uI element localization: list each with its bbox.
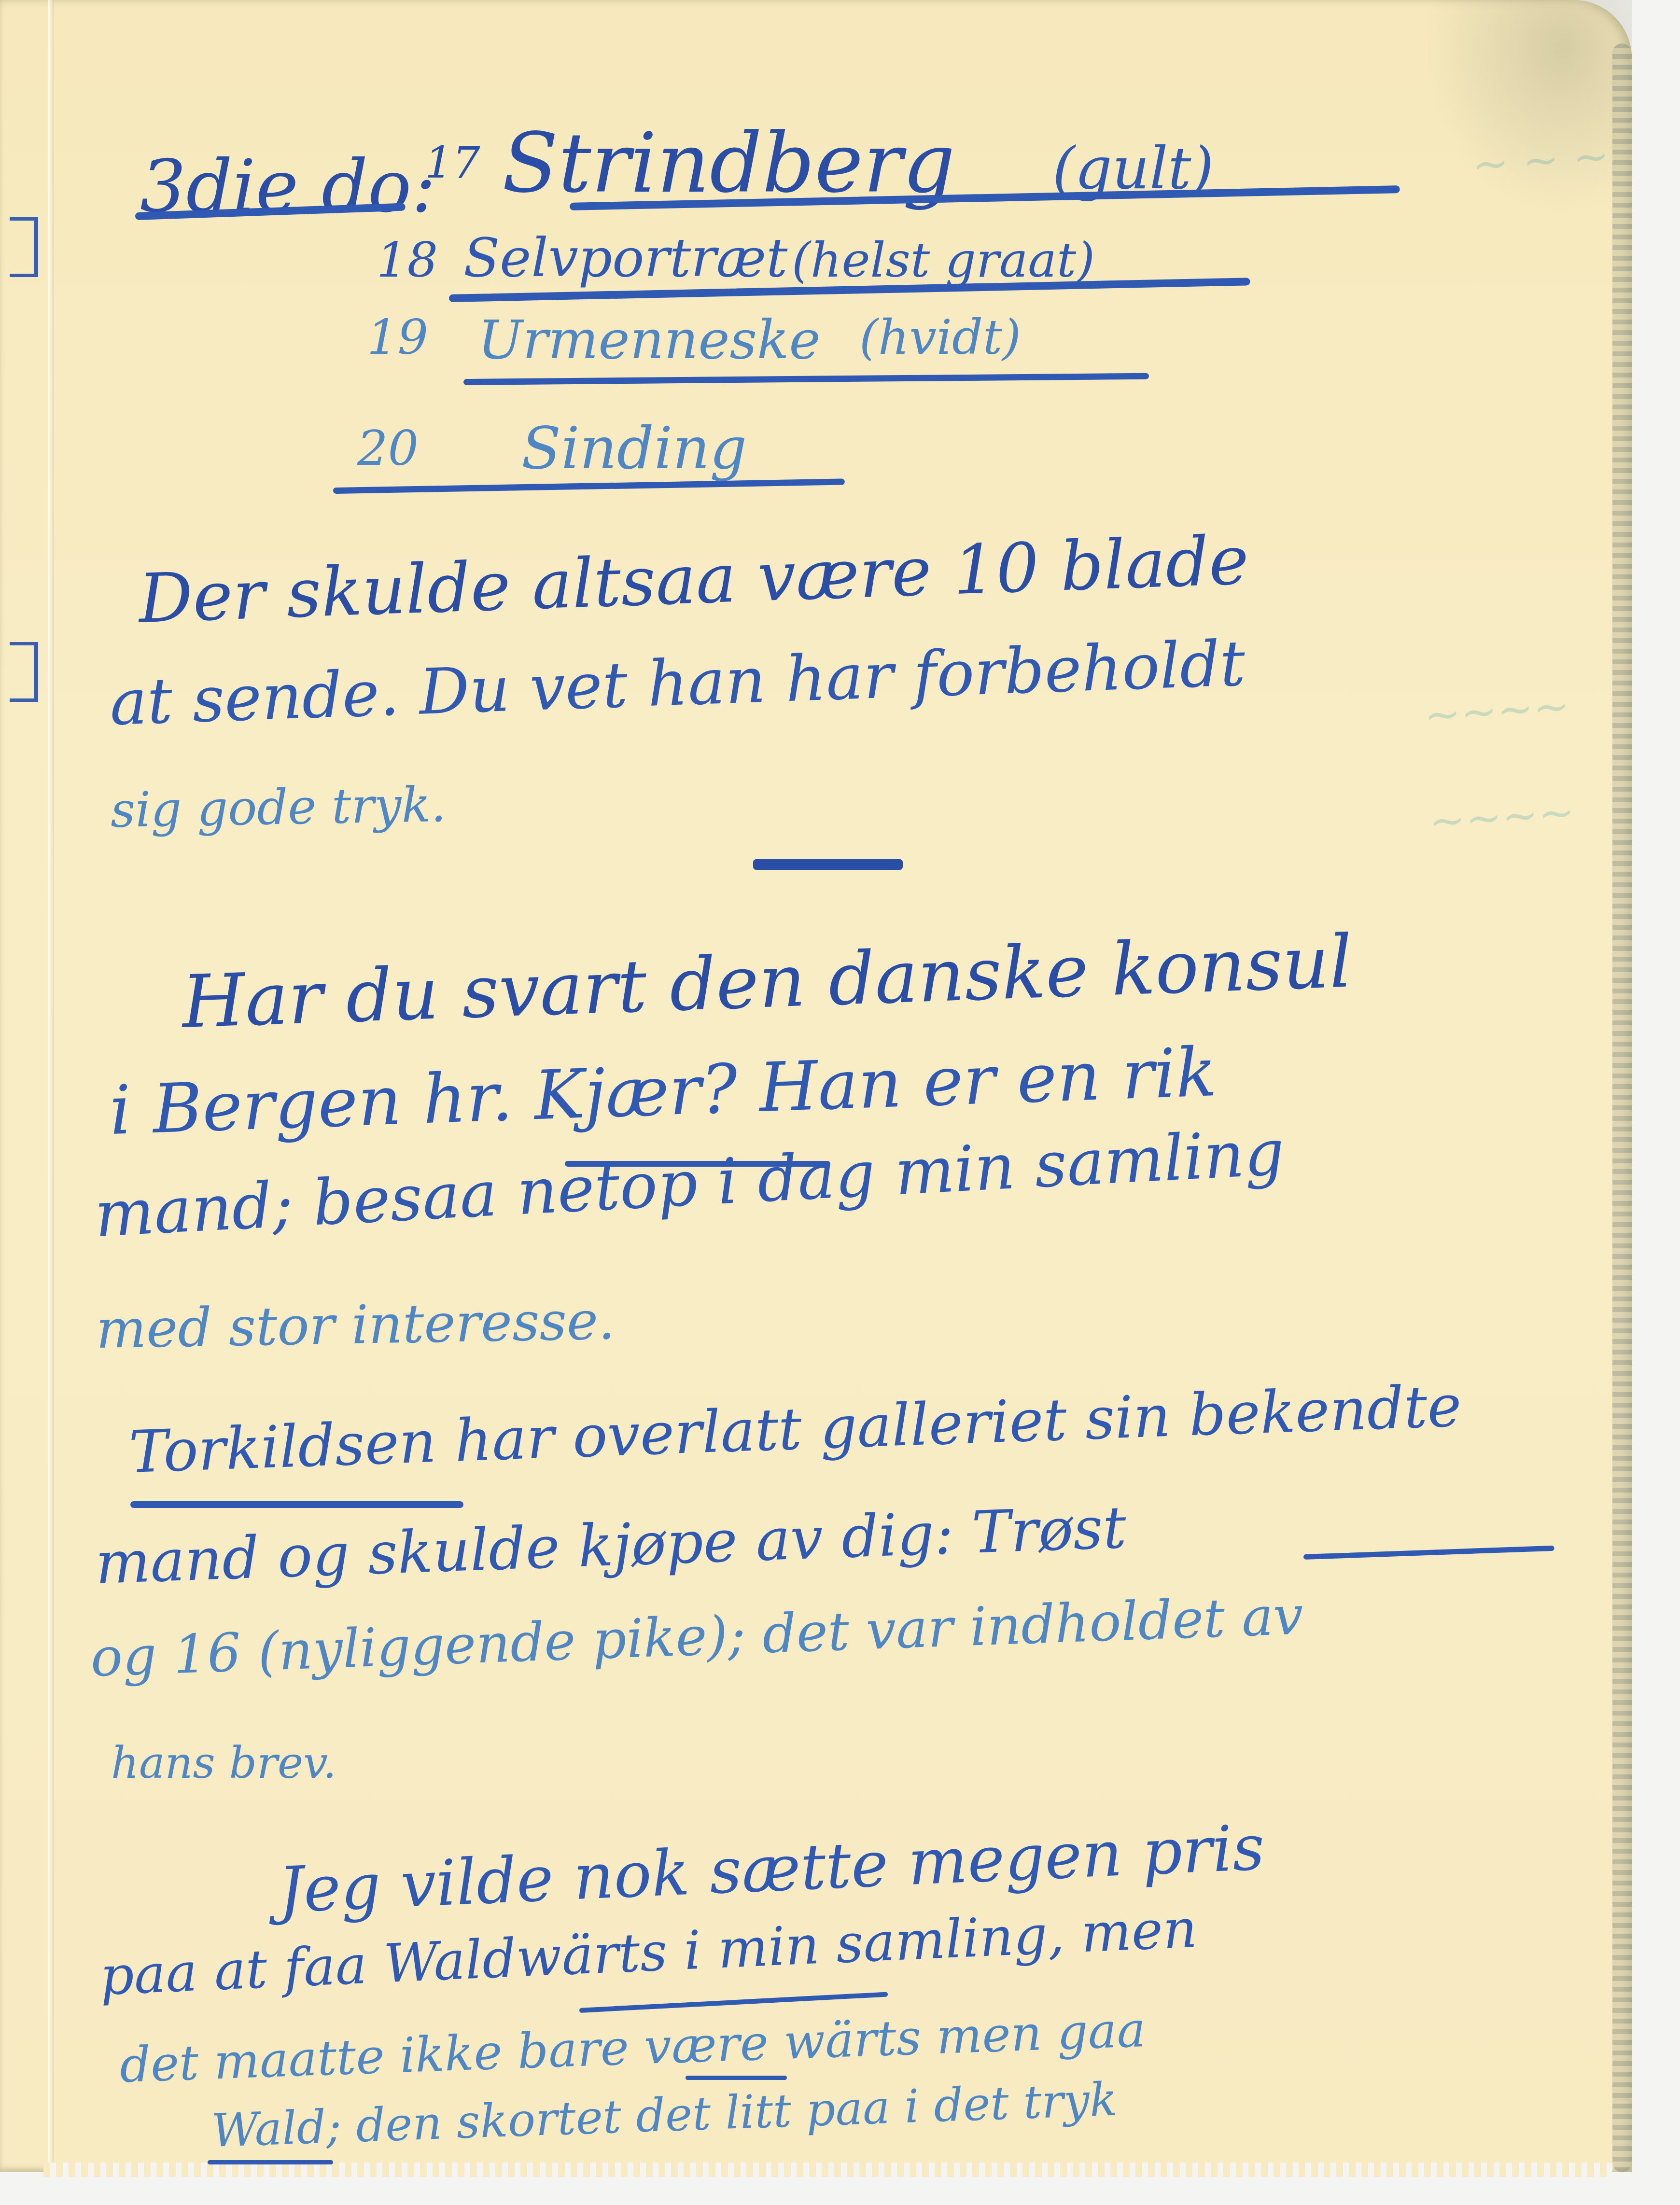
- list-item-title: Selvportræt: [463, 227, 787, 289]
- list-item-note: (helst graat): [792, 232, 1095, 288]
- list-item-number: 20: [357, 420, 419, 476]
- facing-page-bracket: [10, 642, 38, 702]
- page-fold: [48, 0, 54, 2172]
- paragraph-line: med stor interesse.: [96, 1289, 616, 1360]
- list-item-number: 17: [425, 138, 480, 188]
- list-item-title: Urmenneske: [478, 309, 821, 371]
- paragraph-line: sig gode tryk.: [110, 776, 447, 838]
- word-underline: [208, 2160, 333, 2164]
- deckled-edge-right: [1612, 43, 1632, 2172]
- paragraph-line: hans brev.: [111, 1738, 336, 1788]
- word-underline: [686, 2076, 787, 2080]
- show-through-text: ~~~~: [1423, 681, 1571, 741]
- list-item-number: 18: [377, 232, 438, 288]
- list-item-note: (hvidt): [859, 309, 1021, 365]
- facing-page-bracket: [10, 217, 38, 277]
- paper-stain: [1400, 0, 1632, 241]
- show-through-text: ~~~~: [1428, 787, 1576, 848]
- word-underline: [130, 1501, 463, 1508]
- deckled-edge-bottom: [43, 2163, 1612, 2177]
- show-through-text: ~ ~ ~: [1471, 130, 1611, 191]
- section-separator: [753, 859, 903, 870]
- list-item-title: Sinding: [521, 415, 747, 482]
- list-item-number: 19: [367, 309, 428, 365]
